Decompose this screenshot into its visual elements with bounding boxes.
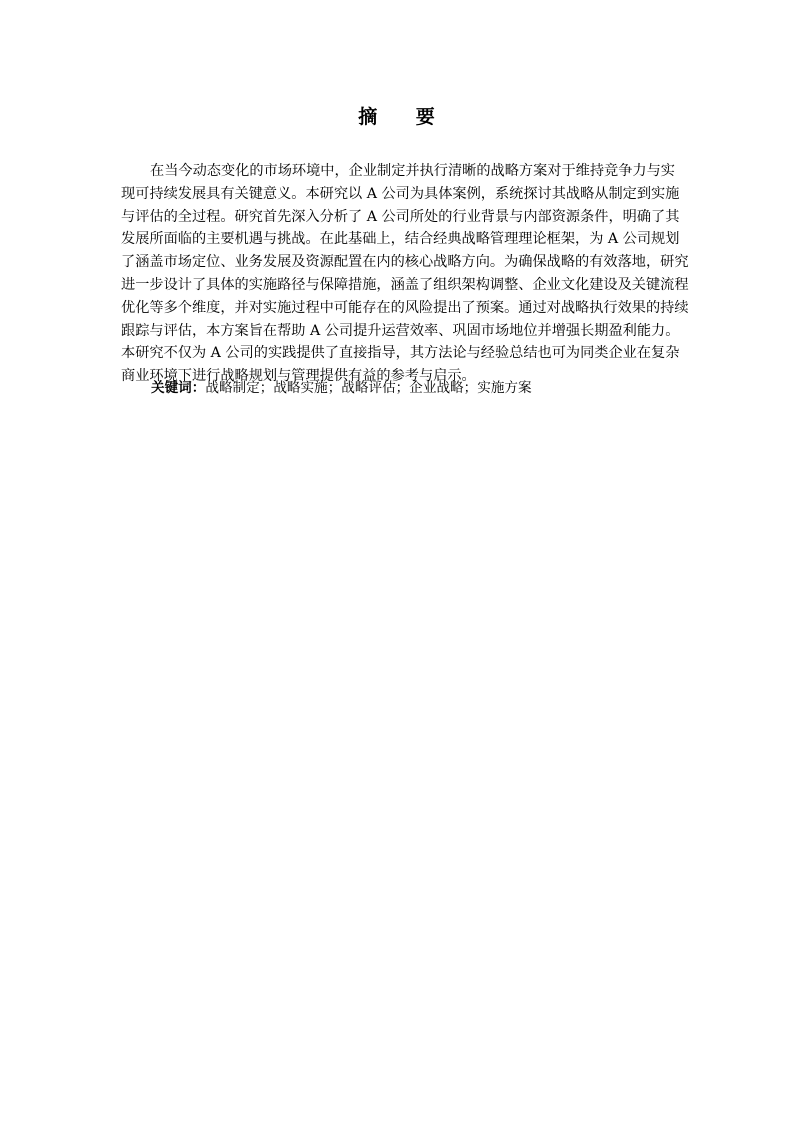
abstract-line: 进一步设计了具体的实施路径与保障措施，涵盖了组织架构调整、企业文化建设及关键流程 [121, 274, 671, 297]
abstract-line: 现可持续发展具有关键意义。本研究以 A 公司为具体案例，系统探讨其战略从制定到实… [121, 183, 671, 206]
abstract-title: 摘 要 [0, 104, 793, 130]
abstract-line: 了涵盖市场定位、业务发展及资源配置在内的核心战略方向。为确保战略的有效落地，研究 [121, 251, 671, 274]
keywords-text: 战略制定；战略实施；战略评估；企业战略；实施方案 [205, 380, 531, 396]
document-page: 摘 要 在当今动态变化的市场环境中，企业制定并执行清晰的战略方案对于维持竞争力与… [0, 0, 793, 1122]
abstract-line: 与评估的全过程。研究首先深入分析了 A 公司所处的行业背景与内部资源条件，明确了… [121, 206, 671, 229]
abstract-line: 优化等多个维度，并对实施过程中可能存在的风险提出了预案。通过对战略执行效果的持续 [121, 297, 671, 320]
abstract-line: 跟踪与评估，本方案旨在帮助 A 公司提升运营效率、巩固市场地位并增强长期盈利能力… [121, 320, 671, 343]
abstract-line: 在当今动态变化的市场环境中，企业制定并执行清晰的战略方案对于维持竞争力与实 [121, 160, 671, 183]
abstract-line: 发展所面临的主要机遇与挑战。在此基础上，结合经典战略管理理论框架，为 A 公司规… [121, 228, 671, 251]
abstract-line: 本研究不仅为 A 公司的实践提供了直接指导，其方法论与经验总结也可为同类企业在复… [121, 342, 671, 365]
keywords-label: 关键词： [151, 380, 205, 396]
keywords: 关键词：战略制定；战略实施；战略评估；企业战略；实施方案 [151, 377, 532, 399]
abstract-body: 在当今动态变化的市场环境中，企业制定并执行清晰的战略方案对于维持竞争力与实 现可… [121, 160, 671, 388]
